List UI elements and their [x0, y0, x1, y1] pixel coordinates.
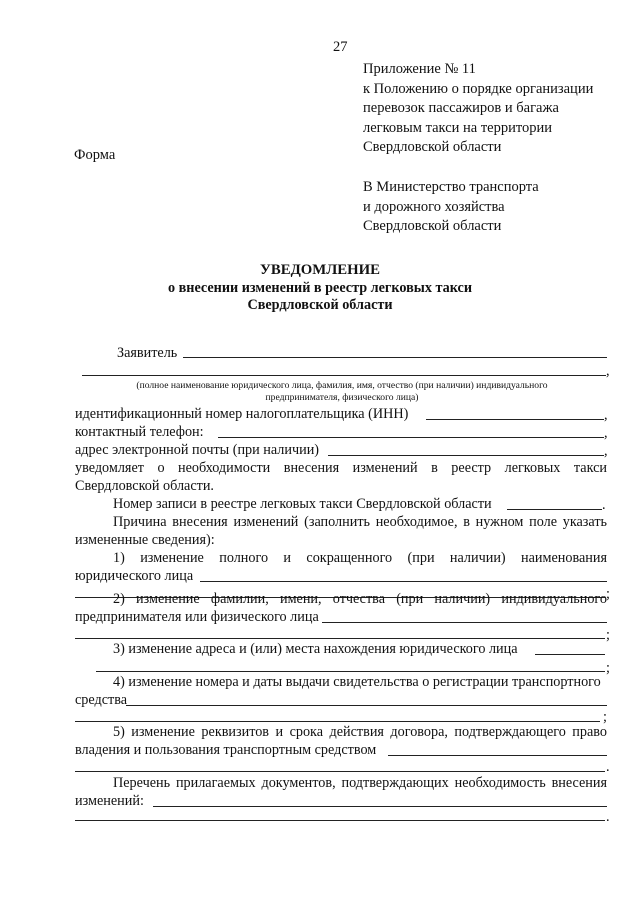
- appendix-line: Свердловской области: [363, 138, 623, 158]
- form-label: Форма: [74, 146, 115, 164]
- period: .: [606, 808, 610, 826]
- reason-2-text: 2) изменение фамилии, имени, отчества (п…: [113, 590, 607, 608]
- caption-line: предпринимателя, физического лица): [82, 392, 602, 404]
- addressee-line: и дорожного хозяйства: [363, 198, 623, 218]
- comma: ,: [604, 406, 608, 424]
- applicant-field[interactable]: [183, 357, 607, 358]
- inn-field[interactable]: [426, 419, 604, 420]
- addressee: В Министерство транспорта и дорожного хо…: [363, 178, 623, 237]
- reason-4-text: 4) изменение номера и даты выдачи свидет…: [113, 673, 601, 691]
- semicolon: ;: [606, 626, 610, 644]
- phone-field[interactable]: [218, 437, 604, 438]
- record-number-field[interactable]: [507, 509, 602, 510]
- reason-1-text-cont: юридического лица: [75, 567, 193, 585]
- reason-5-field-line2[interactable]: [75, 771, 605, 772]
- attachments-field-line2[interactable]: [75, 820, 605, 821]
- reason-4-field[interactable]: [126, 705, 607, 706]
- reason-3-field-line2[interactable]: [96, 671, 605, 672]
- document-title: УВЕДОМЛЕНИЕ о внесении изменений в реест…: [120, 262, 520, 315]
- phone-label: контактный телефон:: [75, 423, 204, 441]
- appendix-line: легковым такси на территории: [363, 119, 623, 139]
- appendix-header: Приложение № 11 к Положению о порядке ор…: [363, 60, 623, 158]
- title-sub: Свердловской области: [120, 297, 520, 315]
- reason-text-cont: измененные сведения):: [75, 531, 215, 549]
- appendix-line: перевозок пассажиров и багажа: [363, 99, 623, 119]
- addressee-line: Свердловской области: [363, 217, 623, 237]
- reason-3-field[interactable]: [535, 654, 605, 655]
- email-field[interactable]: [328, 455, 604, 456]
- title-sub: о внесении изменений в реестр легковых т…: [120, 280, 520, 298]
- record-number-label: Номер записи в реестре легковых такси Св…: [113, 495, 492, 513]
- reason-1-field[interactable]: [200, 581, 607, 582]
- title-main: УВЕДОМЛЕНИЕ: [120, 262, 520, 280]
- page-number: 27: [333, 38, 348, 56]
- email-label: адрес электронной почты (при наличии): [75, 441, 319, 459]
- comma: ,: [604, 424, 608, 442]
- appendix-line: к Положению о порядке организации: [363, 80, 623, 100]
- reason-5-text: 5) изменение реквизитов и срока действия…: [113, 723, 607, 741]
- reason-2-field-line2[interactable]: [75, 638, 605, 639]
- attachments-text: Перечень прилагаемых документов, подтвер…: [113, 774, 607, 792]
- semicolon: ;: [606, 659, 610, 677]
- attachments-text-cont: изменений:: [75, 792, 144, 810]
- comma: ,: [604, 442, 608, 460]
- period: .: [602, 496, 606, 514]
- caption-line: (полное наименование юридического лица, …: [82, 380, 602, 392]
- addressee-line: В Министерство транспорта: [363, 178, 623, 198]
- applicant-field-line2[interactable]: [82, 375, 606, 376]
- reason-2-text-cont: предпринимателя или физического лица: [75, 608, 319, 626]
- notice-text-cont: Свердловской области.: [75, 477, 214, 495]
- inn-label: идентификационный номер налогоплательщик…: [75, 405, 408, 423]
- reason-1-text: 1) изменение полного и сокращенного (при…: [113, 549, 607, 567]
- notice-text: уведомляет о необходимости внесения изме…: [75, 459, 607, 477]
- reason-5-text-cont: владения и пользования транспортным сред…: [75, 741, 376, 759]
- reason-4-field-line2[interactable]: [75, 721, 600, 722]
- comma: ,: [606, 362, 610, 380]
- appendix-line: Приложение № 11: [363, 60, 623, 80]
- attachments-field[interactable]: [153, 806, 607, 807]
- applicant-label: Заявитель: [117, 344, 177, 362]
- reason-2-field[interactable]: [322, 622, 607, 623]
- reason-5-field[interactable]: [388, 755, 607, 756]
- applicant-caption: (полное наименование юридического лица, …: [82, 380, 602, 404]
- reason-text: Причина внесения изменений (заполнить не…: [113, 513, 607, 531]
- reason-4-text-cont: средства: [75, 691, 127, 709]
- reason-3-text: 3) изменение адреса и (или) места нахожд…: [113, 640, 518, 658]
